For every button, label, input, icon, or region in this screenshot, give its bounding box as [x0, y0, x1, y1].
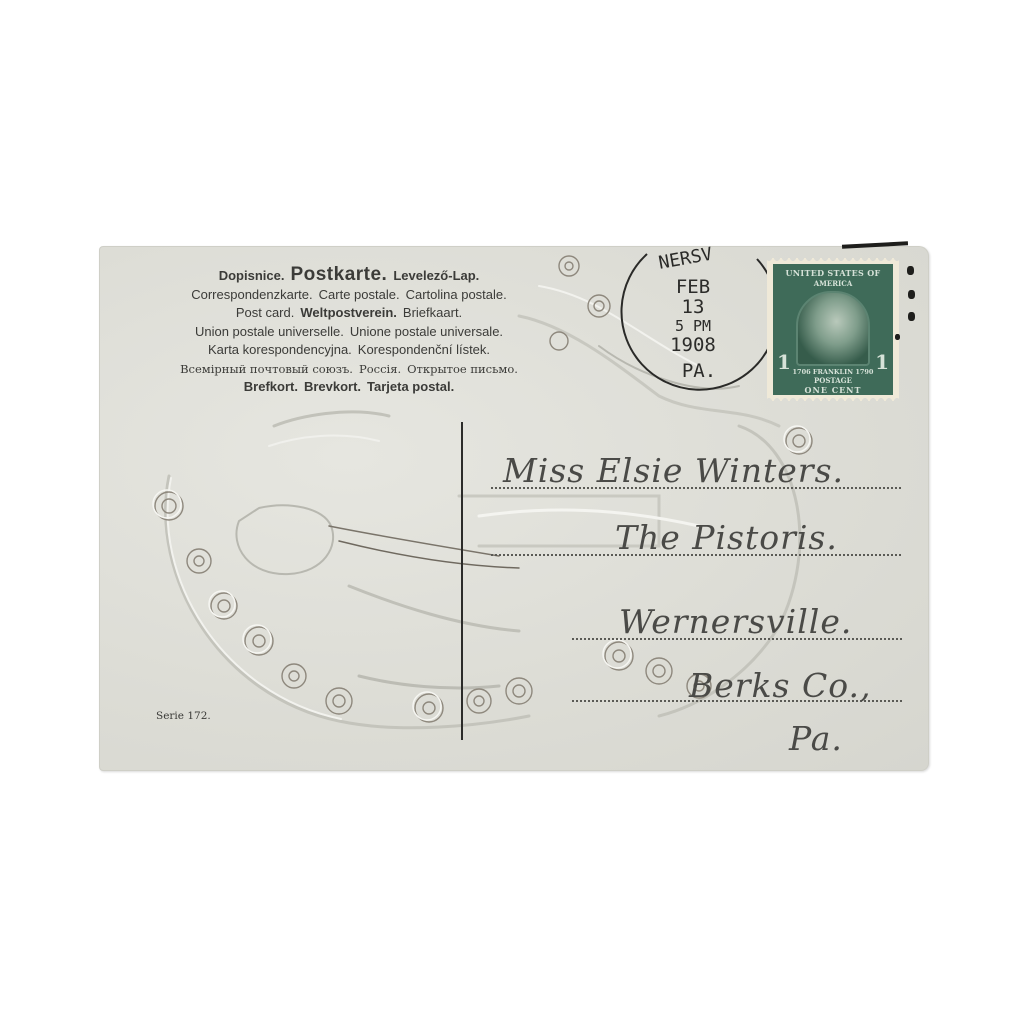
recipient-town: Wernersville.	[619, 602, 852, 641]
header-line: Correspondenzkarte.Carte postale.Cartoli…	[139, 286, 559, 305]
cancellation-mark	[907, 266, 914, 275]
header-phrase: Открытое письмо.	[407, 362, 518, 376]
recipient-line-2: The Pistoris.	[615, 518, 838, 557]
cancellation-mark	[908, 312, 915, 321]
postmark-day: 13	[663, 297, 723, 317]
stamp-denomination-left: 1	[777, 350, 791, 374]
header-phrase: Korespondenční lístek.	[358, 342, 490, 357]
postmark-month: FEB	[663, 277, 723, 297]
header-phrase: Karta korespondencyjna.	[208, 342, 352, 357]
header-phrase: Union postale universelle.	[195, 324, 344, 339]
stamp-value: ONE CENT	[805, 385, 862, 395]
recipient-county: Berks Co.,	[689, 666, 872, 705]
stamp-name-line: 1706 FRANKLIN 1790	[793, 368, 874, 376]
recipient-name: Miss Elsie Winters.	[503, 451, 844, 490]
header-phrase: Dopisnice.	[219, 268, 285, 283]
header-phrase: Россія.	[359, 362, 401, 376]
header-phrase: Postkarte.	[290, 264, 387, 285]
header-phrase: Levelező-Lap.	[393, 268, 479, 283]
postmark: NERSV FEB 13 5 PM 1908 PA.	[607, 234, 777, 404]
header-phrase: Brevkort.	[304, 379, 361, 394]
header-line: Всемірный почтовый союзъ.Россія.Открытое…	[139, 360, 559, 379]
svg-text:NERSV: NERSV	[657, 244, 714, 274]
header-phrase: Unione postale universale.	[350, 324, 503, 339]
stamp-denomination-right: 1	[875, 350, 889, 374]
franklin-one-cent-stamp: UNITED STATES OF AMERICA 1706 FRANKLIN 1…	[767, 258, 899, 401]
header-phrase: Всемірный почтовый союзъ.	[180, 362, 353, 376]
stamp-country: UNITED STATES OF	[786, 268, 881, 278]
cancellation-mark	[895, 334, 900, 340]
postmark-year: 1908	[663, 335, 723, 355]
franklin-portrait-icon	[796, 291, 870, 366]
cancellation-mark	[908, 290, 915, 299]
postmark-state: PA.	[669, 361, 729, 381]
postmark-time: 5 PM	[663, 316, 723, 336]
series-number: Serie 172.	[156, 710, 211, 722]
cancellation-bar	[842, 241, 908, 248]
header-phrase: Brefkort.	[244, 379, 298, 394]
multilingual-header: Dopisnice.Postkarte.Levelező-Lap.Corresp…	[139, 266, 559, 397]
header-line: Post card.Weltpostverein.Briefkaart.	[139, 304, 559, 323]
header-phrase: Correspondenzkarte.	[191, 287, 312, 302]
header-line: Dopisnice.Postkarte.Levelező-Lap.	[139, 266, 559, 286]
header-phrase: Tarjeta postal.	[367, 379, 454, 394]
stamp-postage: POSTAGE	[814, 376, 852, 385]
postcard: Dopisnice.Postkarte.Levelező-Lap.Corresp…	[99, 246, 929, 771]
header-line: Union postale universelle.Unione postale…	[139, 323, 559, 342]
header-phrase: Weltpostverein.	[300, 305, 397, 320]
recipient-state: Pa.	[789, 719, 843, 758]
header-phrase: Cartolina postale.	[406, 287, 507, 302]
header-phrase: Briefkaart.	[403, 305, 462, 320]
header-phrase: Carte postale.	[319, 287, 400, 302]
header-phrase: Post card.	[236, 305, 295, 320]
stamp-country-2: AMERICA	[814, 279, 853, 288]
message-address-divider	[461, 422, 463, 740]
header-line: Karta korespondencyjna.Korespondenční lí…	[139, 341, 559, 360]
header-line: Brefkort.Brevkort.Tarjeta postal.	[139, 378, 559, 397]
